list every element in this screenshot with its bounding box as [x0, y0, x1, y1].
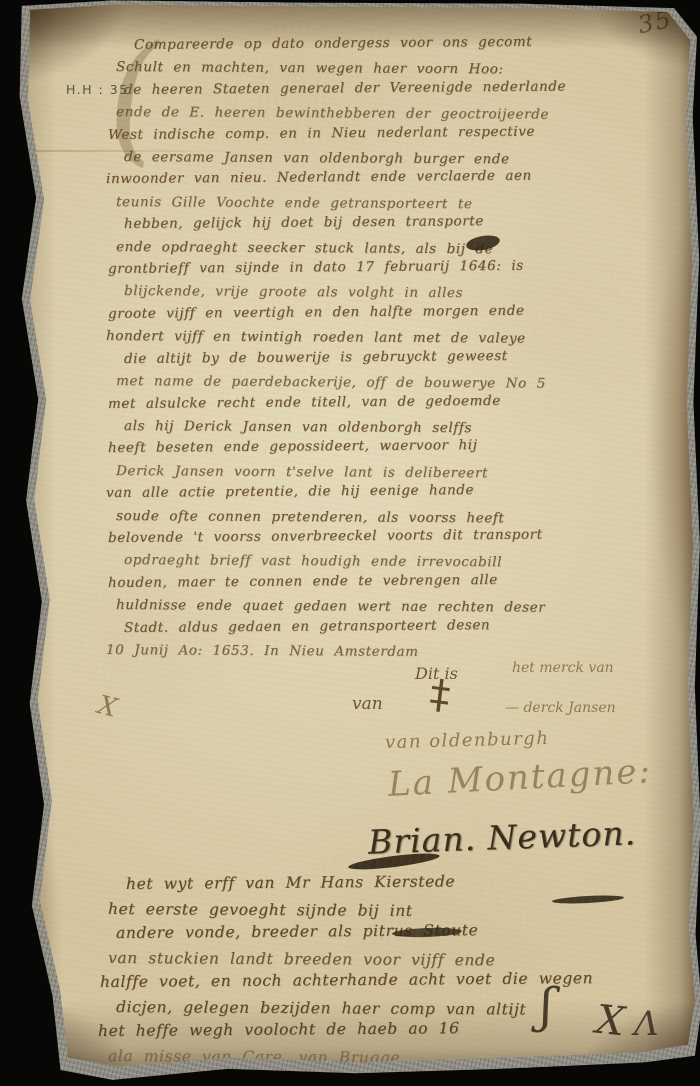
mark-block-van: van	[352, 694, 383, 714]
manuscript-line: belovende 't voorss onverbreeckel voorts…	[108, 523, 670, 550]
margin-cross-mark: X	[95, 690, 120, 724]
manuscript-line: Compareerde op dato ondergess voor ons g…	[134, 30, 670, 57]
manuscript-line: Stadt. aldus gedaen en getransporteert d…	[124, 612, 670, 639]
mark-block-name: — derck Jansen	[505, 700, 616, 716]
manuscript-line: houden, maer te connen ende te vebrengen…	[108, 567, 670, 594]
signature-la-montagne: La Montagne:	[387, 751, 653, 805]
manuscript-body-text: Compareerde op dato ondergess voor ons g…	[108, 34, 670, 661]
merchant-mark-icon: ‡	[427, 671, 452, 719]
addendum-line: het wyt erff van Mr Hans Kierstede	[126, 868, 678, 897]
manuscript-line: die altijt by de bouwerije is gebruyckt …	[124, 343, 670, 370]
signature-brian-newton: Brian. Newton.	[367, 813, 636, 861]
manuscript-line: met alsulcke recht ende titell, van de g…	[108, 388, 670, 415]
manuscript-line: groote vijff en veertigh en den halfte m…	[108, 298, 670, 325]
manuscript-line: West indische comp. en in Nieu nederlant…	[108, 119, 670, 146]
addendum-paragraph: het wyt erff van Mr Hans Kierstedehet ee…	[100, 872, 678, 1068]
manuscript-line: grontbrieff van sijnde in dato 17 februa…	[108, 254, 670, 281]
archival-reference-note: H.H : 35	[66, 82, 129, 97]
manuscript-line: hebben, gelijck hij doet bij desen trans…	[124, 209, 670, 236]
manuscript-paper: ( Compareerde op dato ondergess voor ons…	[0, 0, 700, 1086]
scanned-manuscript-page: { "scan": { "page_number": "35", "archiv…	[0, 0, 700, 1086]
manuscript-line: heeft beseten ende gepossideert, waervoo…	[108, 433, 670, 460]
addendum-line: het heffe wegh voolocht de haeb ao 16	[98, 1014, 678, 1043]
manuscript-line: van alle actie pretentie, die hij eenige…	[106, 478, 670, 505]
addendum-line: halffe voet, en noch achterhande acht vo…	[100, 965, 678, 994]
mark-block-surname: van oldenburgh	[385, 728, 550, 753]
manuscript-line: inwoonder van nieu. Nederlandt ende verc…	[106, 164, 670, 191]
addendum-line: andere vonde, breeder als pitrus Stoute	[116, 917, 678, 946]
mark-block-het-merck: het merck van	[512, 660, 614, 676]
manuscript-line: de heeren Staeten generael der Vereenigd…	[124, 75, 670, 102]
